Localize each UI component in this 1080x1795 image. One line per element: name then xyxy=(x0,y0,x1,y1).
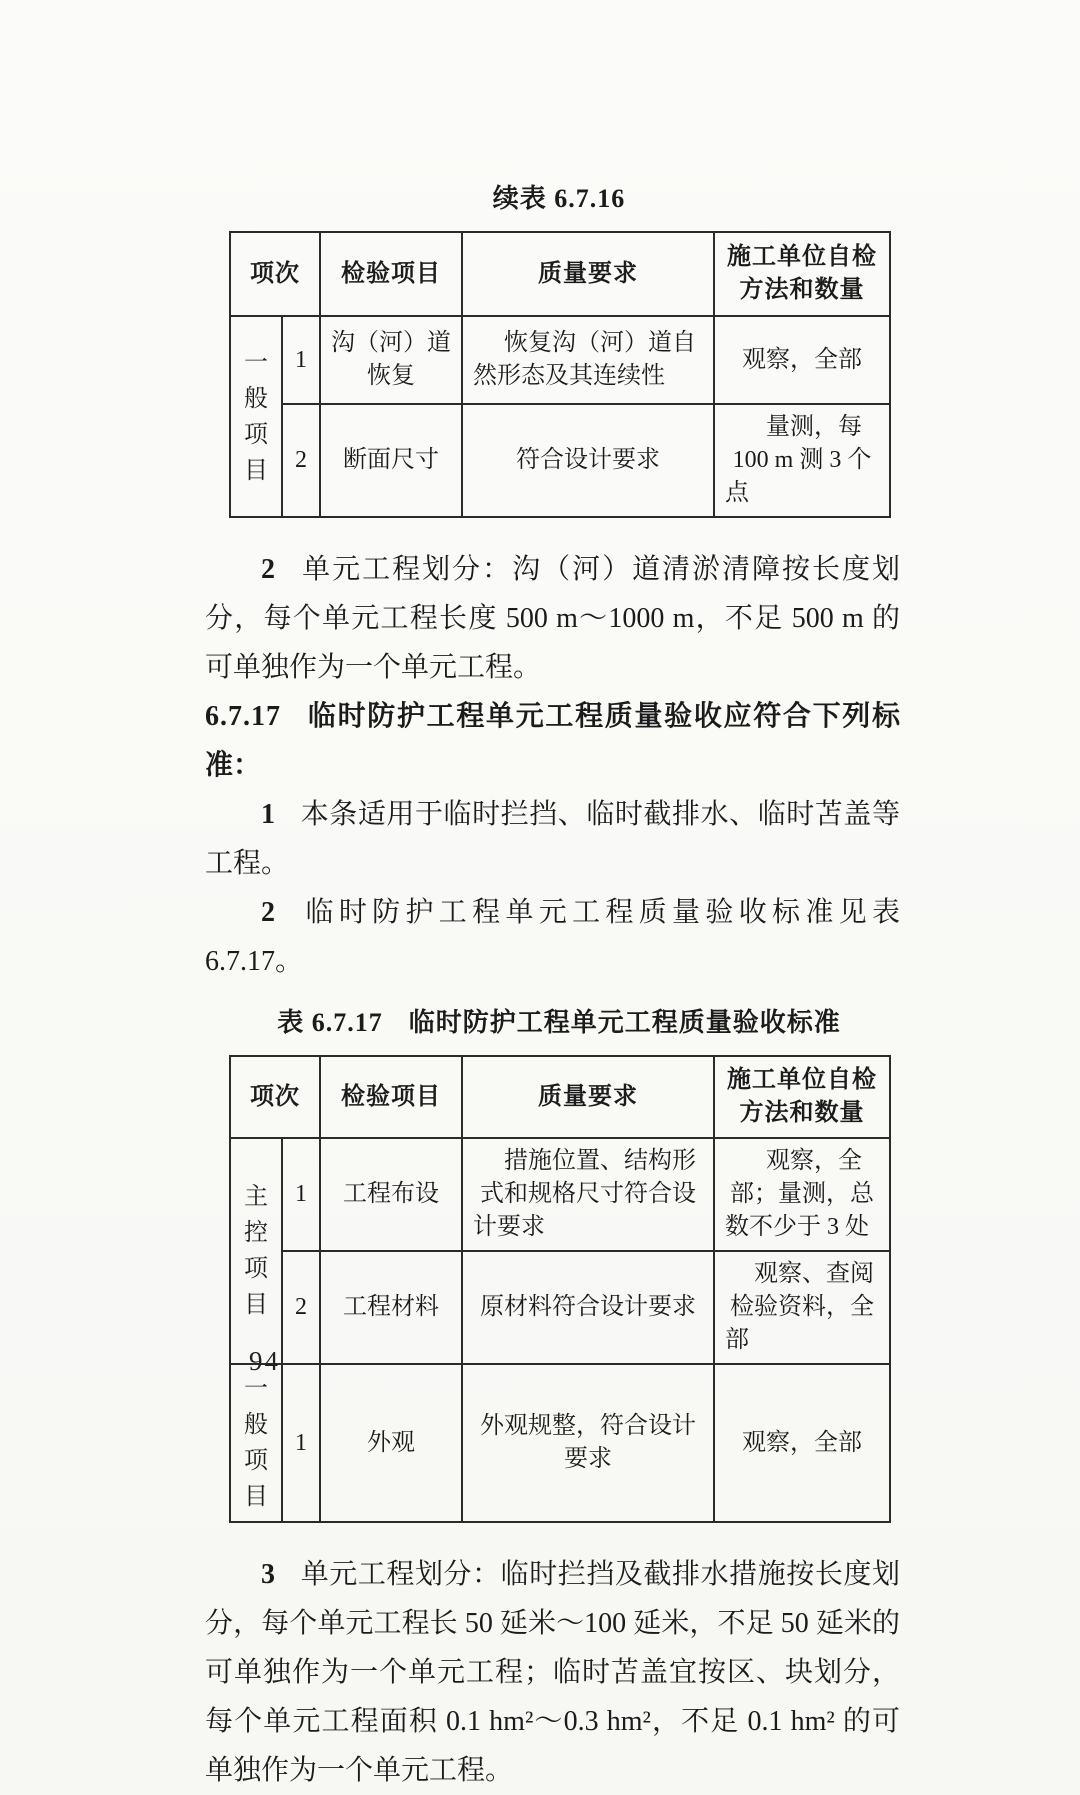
document-page: 续表 6.7.16 项次 检验项目 质量要求 施工单位自检 方法和数量 一般项目… xyxy=(0,0,1080,1527)
table-6716-header-row: 项次 检验项目 质量要求 施工单位自检 方法和数量 xyxy=(230,232,890,316)
item-cell: 外观 xyxy=(320,1364,462,1522)
row-number-cell: 2 xyxy=(282,1251,320,1364)
paragraph-number: 3 xyxy=(261,1559,275,1590)
page-number: 94 xyxy=(249,1346,280,1377)
item-cell: 断面尺寸 xyxy=(320,404,462,517)
table-row: 2 工程材料 原材料符合设计要求 观察、查阅检验资料，全部 xyxy=(230,1251,890,1364)
item-cell: 工程材料 xyxy=(320,1251,462,1364)
method-cell: 观察，全部；量测，总数不少于 3 处 xyxy=(714,1138,890,1251)
header-cell-zhiliang-yaoqiu: 质量要求 xyxy=(462,1056,714,1138)
section-number: 6.7.17 xyxy=(205,701,281,732)
table-row: 一般项目 1 沟（河）道恢复 恢复沟（河）道自然形态及其连续性 观察，全部 xyxy=(230,316,890,404)
header-cell-jianyan-xiangmu: 检验项目 xyxy=(320,1056,462,1138)
requirement-cell: 恢复沟（河）道自然形态及其连续性 xyxy=(462,316,714,404)
header-cell-zhiliang-yaoqiu: 质量要求 xyxy=(462,232,714,316)
header-cell-xiangci: 项次 xyxy=(230,1056,320,1138)
row-number-cell: 1 xyxy=(282,1364,320,1522)
requirement-cell: 原材料符合设计要求 xyxy=(462,1251,714,1364)
section-text: 临时防护工程单元工程质量验收应符合下列标准： xyxy=(205,701,900,781)
paragraph-number: 2 xyxy=(261,897,275,928)
header-line-2: 方法和数量 xyxy=(725,1097,879,1130)
category-cell-main-control: 主控项目 xyxy=(230,1138,282,1364)
item-cell: 工程布设 xyxy=(320,1138,462,1251)
table-6716: 项次 检验项目 质量要求 施工单位自检 方法和数量 一般项目 1 沟（河）道恢复… xyxy=(229,231,891,518)
paragraph-number: 2 xyxy=(261,554,275,585)
category-cell-general: 一般项目 xyxy=(230,1364,282,1522)
requirement-cell: 外观规整，符合设计要求 xyxy=(462,1364,714,1522)
page-content: 续表 6.7.16 项次 检验项目 质量要求 施工单位自检 方法和数量 一般项目… xyxy=(0,0,1080,1795)
table-6717-header-row: 项次 检验项目 质量要求 施工单位自检 方法和数量 xyxy=(230,1056,890,1138)
header-line-2: 方法和数量 xyxy=(725,274,879,307)
header-cell-zijian-fangfa: 施工单位自检 方法和数量 xyxy=(714,232,890,316)
section-heading-6717: 6.7.17临时防护工程单元工程质量验收应符合下列标准： xyxy=(205,692,900,790)
item-cell: 沟（河）道恢复 xyxy=(320,316,462,404)
paragraph-sub-1: 1本条适用于临时拦挡、临时截排水、临时苫盖等工程。 xyxy=(205,790,900,888)
paragraph-text: 单元工程划分：临时拦挡及截排水措施按长度划分，每个单元工程长 50 延米～100… xyxy=(205,1559,900,1786)
paragraph-sub-2: 2临时防护工程单元工程质量验收标准见表 6.7.17。 xyxy=(205,888,900,986)
table-row: 一般项目 1 外观 外观规整，符合设计要求 观察，全部 xyxy=(230,1364,890,1522)
header-line-1: 施工单位自检 xyxy=(725,1064,879,1097)
method-cell: 观察，全部 xyxy=(714,316,890,404)
method-cell: 观察，全部 xyxy=(714,1364,890,1522)
paragraph-number: 1 xyxy=(261,799,275,830)
category-cell-general: 一般项目 xyxy=(230,316,282,517)
paragraph-item-3: 3单元工程划分：临时拦挡及截排水措施按长度划分，每个单元工程长 50 延米～10… xyxy=(205,1550,900,1795)
row-number-cell: 2 xyxy=(282,404,320,517)
table-6716-caption: 续表 6.7.16 xyxy=(229,178,889,215)
table-row: 主控项目 1 工程布设 措施位置、结构形式和规格尺寸符合设计要求 观察，全部；量… xyxy=(230,1138,890,1251)
paragraph-text: 本条适用于临时拦挡、临时截排水、临时苫盖等工程。 xyxy=(205,799,900,879)
caption-label: 表 6.7.17 xyxy=(277,1008,383,1037)
header-line-1: 施工单位自检 xyxy=(725,241,879,274)
caption-text: 临时防护工程单元工程质量验收标准 xyxy=(409,1008,841,1037)
paragraph-item-2: 2单元工程划分：沟（河）道清淤清障按长度划分，每个单元工程长度 500 m～10… xyxy=(205,545,900,692)
paragraph-text: 临时防护工程单元工程质量验收标准见表 6.7.17。 xyxy=(205,897,900,977)
header-cell-xiangci: 项次 xyxy=(230,232,320,316)
requirement-cell: 符合设计要求 xyxy=(462,404,714,517)
row-number-cell: 1 xyxy=(282,1138,320,1251)
table-6717-caption: 表 6.7.17临时防护工程单元工程质量验收标准 xyxy=(229,1002,889,1039)
row-number-cell: 1 xyxy=(282,316,320,404)
method-cell: 观察、查阅检验资料，全部 xyxy=(714,1251,890,1364)
paragraph-text: 单元工程划分：沟（河）道清淤清障按长度划分，每个单元工程长度 500 m～100… xyxy=(205,554,900,683)
header-cell-jianyan-xiangmu: 检验项目 xyxy=(320,232,462,316)
header-cell-zijian-fangfa: 施工单位自检 方法和数量 xyxy=(714,1056,890,1138)
method-cell: 量测，每 100 m 测 3 个点 xyxy=(714,404,890,517)
requirement-cell: 措施位置、结构形式和规格尺寸符合设计要求 xyxy=(462,1138,714,1251)
table-6717: 项次 检验项目 质量要求 施工单位自检 方法和数量 主控项目 1 工程布设 措施… xyxy=(229,1055,891,1523)
table-row: 2 断面尺寸 符合设计要求 量测，每 100 m 测 3 个点 xyxy=(230,404,890,517)
